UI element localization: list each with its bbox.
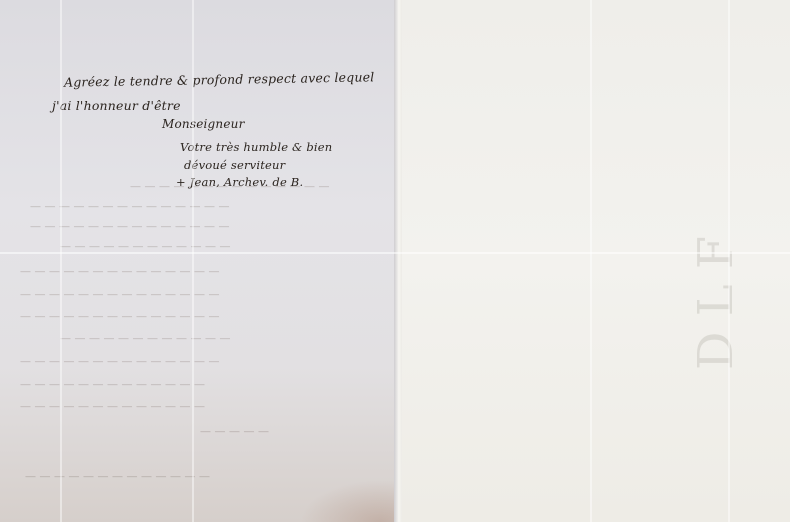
bleed-through-line: — — — — — — — — — — — — — (20, 378, 205, 391)
signature: + Jean, Archev. de B. (176, 175, 303, 189)
horizontal-fold (0, 252, 790, 254)
bleed-through-line: — — — — — — — — — — — — — — (20, 355, 219, 368)
bleed-through-line: — — — — — — — — — — — — — — (20, 288, 219, 301)
closing-line: j'ai l'honneur d'être (52, 98, 181, 113)
bleed-through-line: — — — — — — — — — — — — — (25, 470, 210, 483)
vertical-fold (728, 0, 730, 522)
signature-line: dévoué serviteur (184, 158, 285, 172)
stain (300, 480, 400, 522)
vertical-fold (192, 0, 194, 522)
salutation: Monseigneur (162, 117, 245, 131)
right-page: D L F (398, 0, 790, 522)
watermark: D L F (688, 170, 748, 370)
bleed-through-line: — — — — — — — — — — — — — (20, 400, 205, 413)
bleed-through-line: — — — — — — — — — — — — — — (20, 265, 219, 278)
signature-line: Votre très humble & bien (180, 140, 332, 154)
bleed-through-line: — — — — — — — — — — — — — — (20, 310, 219, 323)
vertical-fold (590, 0, 592, 522)
center-fold (394, 0, 402, 522)
vertical-fold (60, 0, 62, 522)
bleed-through-line: — — — — — (200, 425, 269, 438)
bleed-through-line: — — — — — — — — — — — — (60, 332, 230, 345)
closing-line: Agréez le tendre & profond respect avec … (64, 69, 375, 89)
letter-spread: — — — — — — — — — — — — — — — — — — — — … (0, 0, 790, 522)
